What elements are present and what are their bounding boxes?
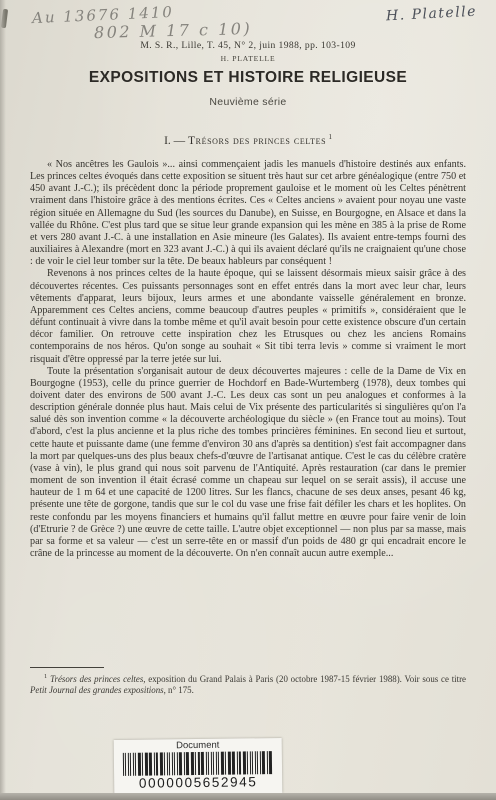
paragraph: Toute la présentation s'organisait autou… [30,366,466,561]
footnote-text-end: , n° 175. [164,685,194,695]
section-heading: I. — Trésors des princes celtes 1 [0,133,496,147]
author-name: H. PLATELLE [0,54,496,63]
footnote-italic-journal: Petit Journal des grandes expositions [30,685,164,695]
section-number: I. — [164,135,188,147]
barcode-icon [122,751,273,776]
paragraph: « Nos ancêtres les Gaulois »... ainsi co… [30,159,466,268]
page-title: EXPOSITIONS ET HISTOIRE RELIGIEUSE [0,69,496,87]
footnote-rule [30,667,104,668]
scanned-page: Au 13676 1410 802 M 17 c 10) H. Platelle… [0,0,496,800]
paragraph: Revenons à nos princes celtes de la haut… [30,268,466,365]
pencil-annotation-2: 802 M 17 c 10) [94,19,253,42]
barcode-number: 0000005652945 [139,774,258,790]
footnote-italic-title: Trésors des princes celtes [50,674,143,684]
article-body: « Nos ancêtres les Gaulois »... ainsi co… [30,159,466,560]
scan-edge-left [0,0,6,800]
journal-reference-line: M. S. R., Lille, T. 45, N° 2, juin 1988,… [0,40,496,51]
footnote: 1 Trésors des princes celtes, exposition… [30,671,466,696]
barcode-label-title: Document [176,740,219,752]
footnote-marker: 1 [44,673,47,680]
scan-edge-bottom [0,793,496,800]
handwritten-signature: H. Platelle [386,4,478,25]
library-barcode-label: Document 0000005652945 [114,738,283,795]
heading-footnote-ref: 1 [328,133,332,141]
page-subtitle: Neuvième série [0,96,496,108]
footnote-text: , exposition du Grand Palais à Paris (20… [143,674,466,684]
section-title: Trésors des princes celtes [188,135,326,147]
